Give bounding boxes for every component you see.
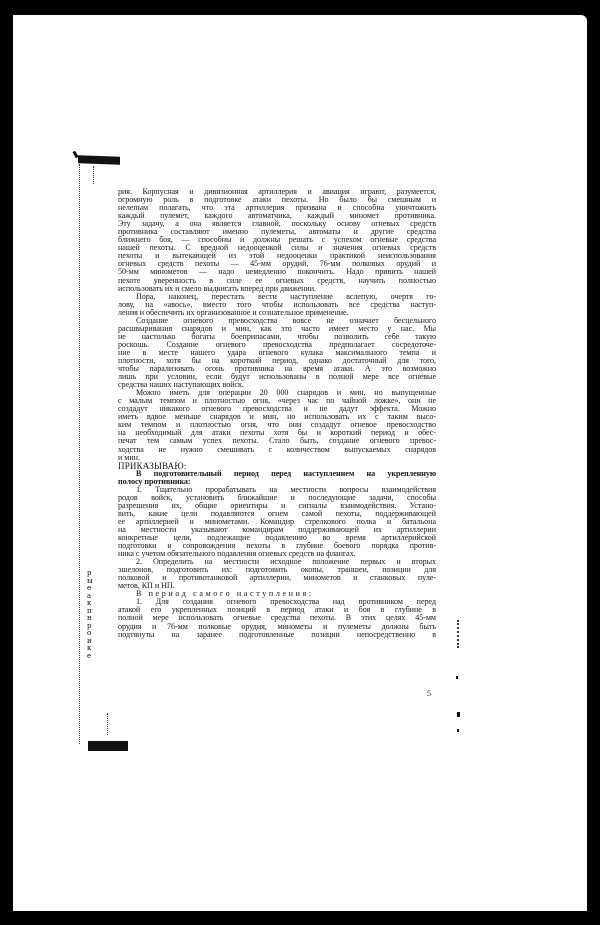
paragraph: рия. Корпусная и дивизионная артиллерия … [118,188,436,293]
page-number: 5 [427,689,431,698]
section-heading: В подготовительный период перед наступле… [118,470,436,486]
right-margin-dot-2 [457,712,460,717]
paragraph: Можно иметь для операции 20 000 снарядов… [118,389,436,461]
right-margin-marks [457,620,459,648]
margin-dotted-line [79,164,80,744]
margin-dotted-line-low [107,713,108,735]
text-line: подтянуты на заранее подготовленные пози… [118,631,436,639]
paragraph: Пора, наконец, перестать вести наступлен… [118,293,436,317]
ink-blot-top [78,155,120,164]
document-body: рия. Корпусная и дивизионная артиллерия … [118,188,436,639]
order-item: 1. Тщательно прорабатывать на местности … [118,486,436,558]
margin-fragment-char: е [87,653,101,661]
ink-blot-bottom [88,741,128,751]
paragraph: Создание огневого превосходства вовсе не… [118,317,436,389]
order-item: 2. Определить на местности исходное поло… [118,558,436,590]
right-margin-dot [456,676,458,679]
right-margin-dot-3 [457,729,459,732]
margin-fragments: рыеакпнроике [87,570,101,660]
margin-dotted-line-short [93,166,94,184]
text-line: ходства не нужно смешивать с количеством… [118,446,436,454]
order-item: 1. Для создания огневого превосходства н… [118,598,436,638]
